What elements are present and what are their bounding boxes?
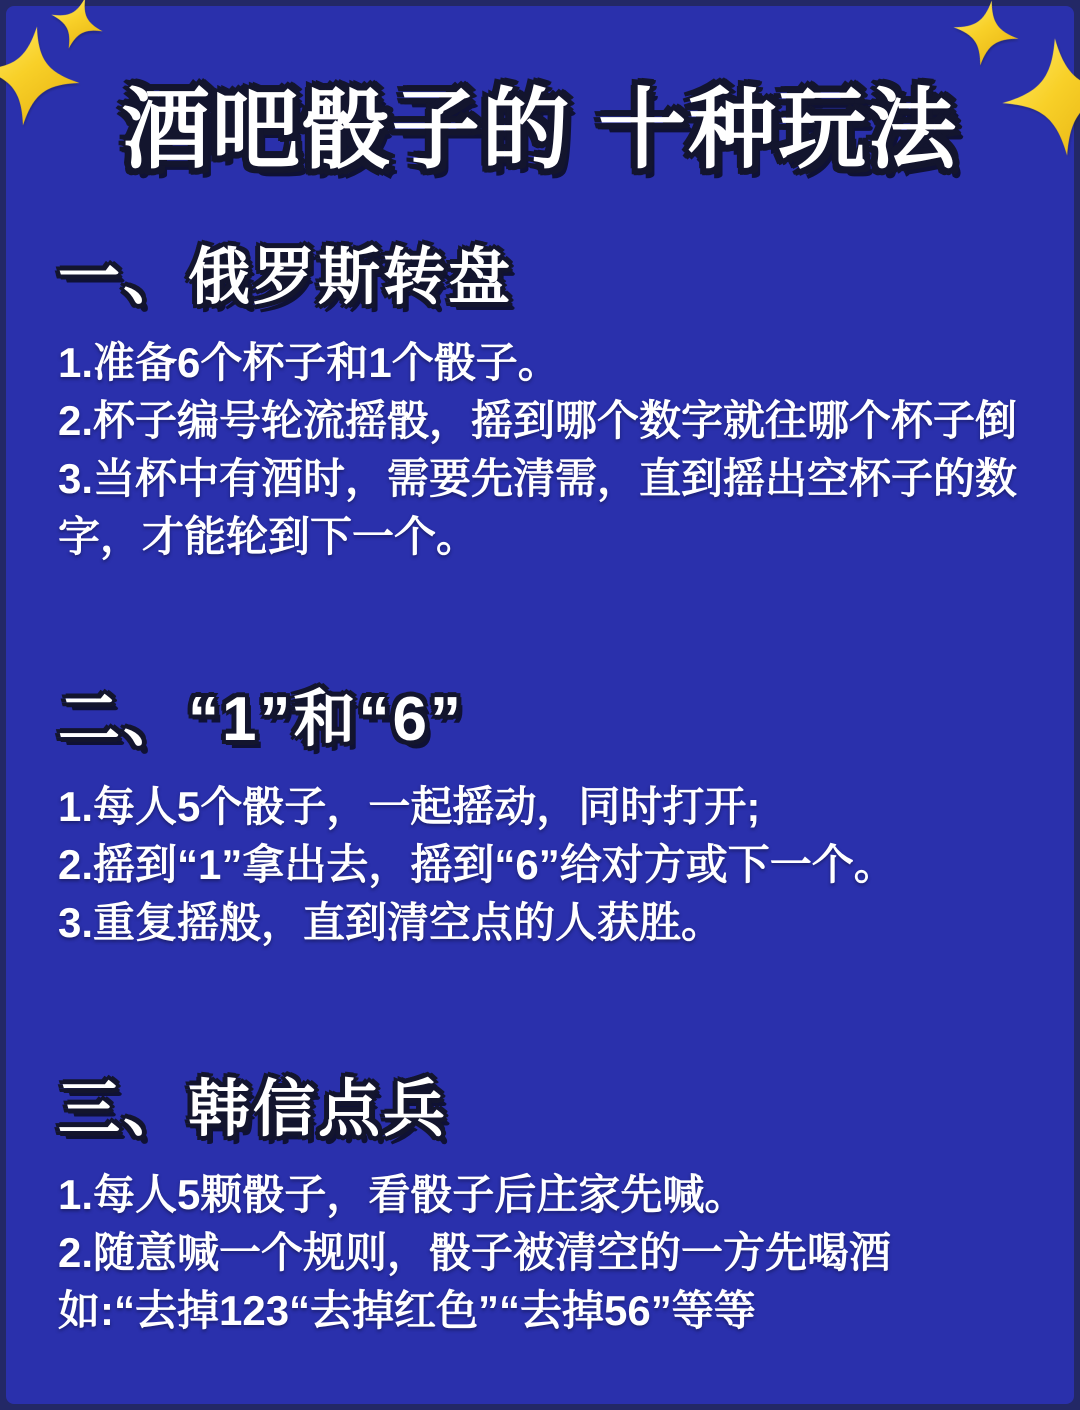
page-title: 酒吧骰子的 十种玩法 — [0, 84, 1080, 176]
section-3-heading: 三、韩信点兵 — [58, 1076, 448, 1144]
section-1-rules: 1.准备6个杯子和1个骰子。 2.杯子编号轮流摇骰，摇到哪个数字就往哪个杯子倒 … — [58, 334, 1048, 566]
rule-item: 2.摇到“1”拿出去，摇到“6”给对方或下一个。 — [58, 836, 1048, 894]
rule-item: 1.每人5颗骰子，看骰子后庄家先喊。 — [58, 1166, 1048, 1224]
rule-item: 2.随意喊一个规则，骰子被清空的一方先喝酒 — [58, 1224, 1048, 1282]
section-2-heading: 二、“1”和“6” — [58, 686, 464, 754]
rule-item: 3.重复摇般，直到清空点的人获胜。 — [58, 894, 1048, 952]
poster-canvas: 酒吧骰子的 十种玩法 一、俄罗斯转盘 1.准备6个杯子和1个骰子。 2.杯子编号… — [0, 0, 1080, 1410]
section-1-heading: 一、俄罗斯转盘 — [58, 244, 513, 312]
rule-item: 1.每人5个骰子，一起摇动，同时打开; — [58, 778, 1048, 836]
section-2-rules: 1.每人5个骰子，一起摇动，同时打开; 2.摇到“1”拿出去，摇到“6”给对方或… — [58, 778, 1048, 952]
rule-item: 如:“去掉123“去掉红色”“去掉56”等等 — [58, 1282, 1048, 1340]
rule-item: 1.准备6个杯子和1个骰子。 — [58, 334, 1048, 392]
rule-item: 3.当杯中有酒时，需要先清需，直到摇出空杯子的数字，才能轮到下一个。 — [58, 450, 1048, 566]
rule-item: 2.杯子编号轮流摇骰，摇到哪个数字就往哪个杯子倒 — [58, 392, 1048, 450]
section-3-rules: 1.每人5颗骰子，看骰子后庄家先喊。 2.随意喊一个规则，骰子被清空的一方先喝酒… — [58, 1166, 1048, 1340]
